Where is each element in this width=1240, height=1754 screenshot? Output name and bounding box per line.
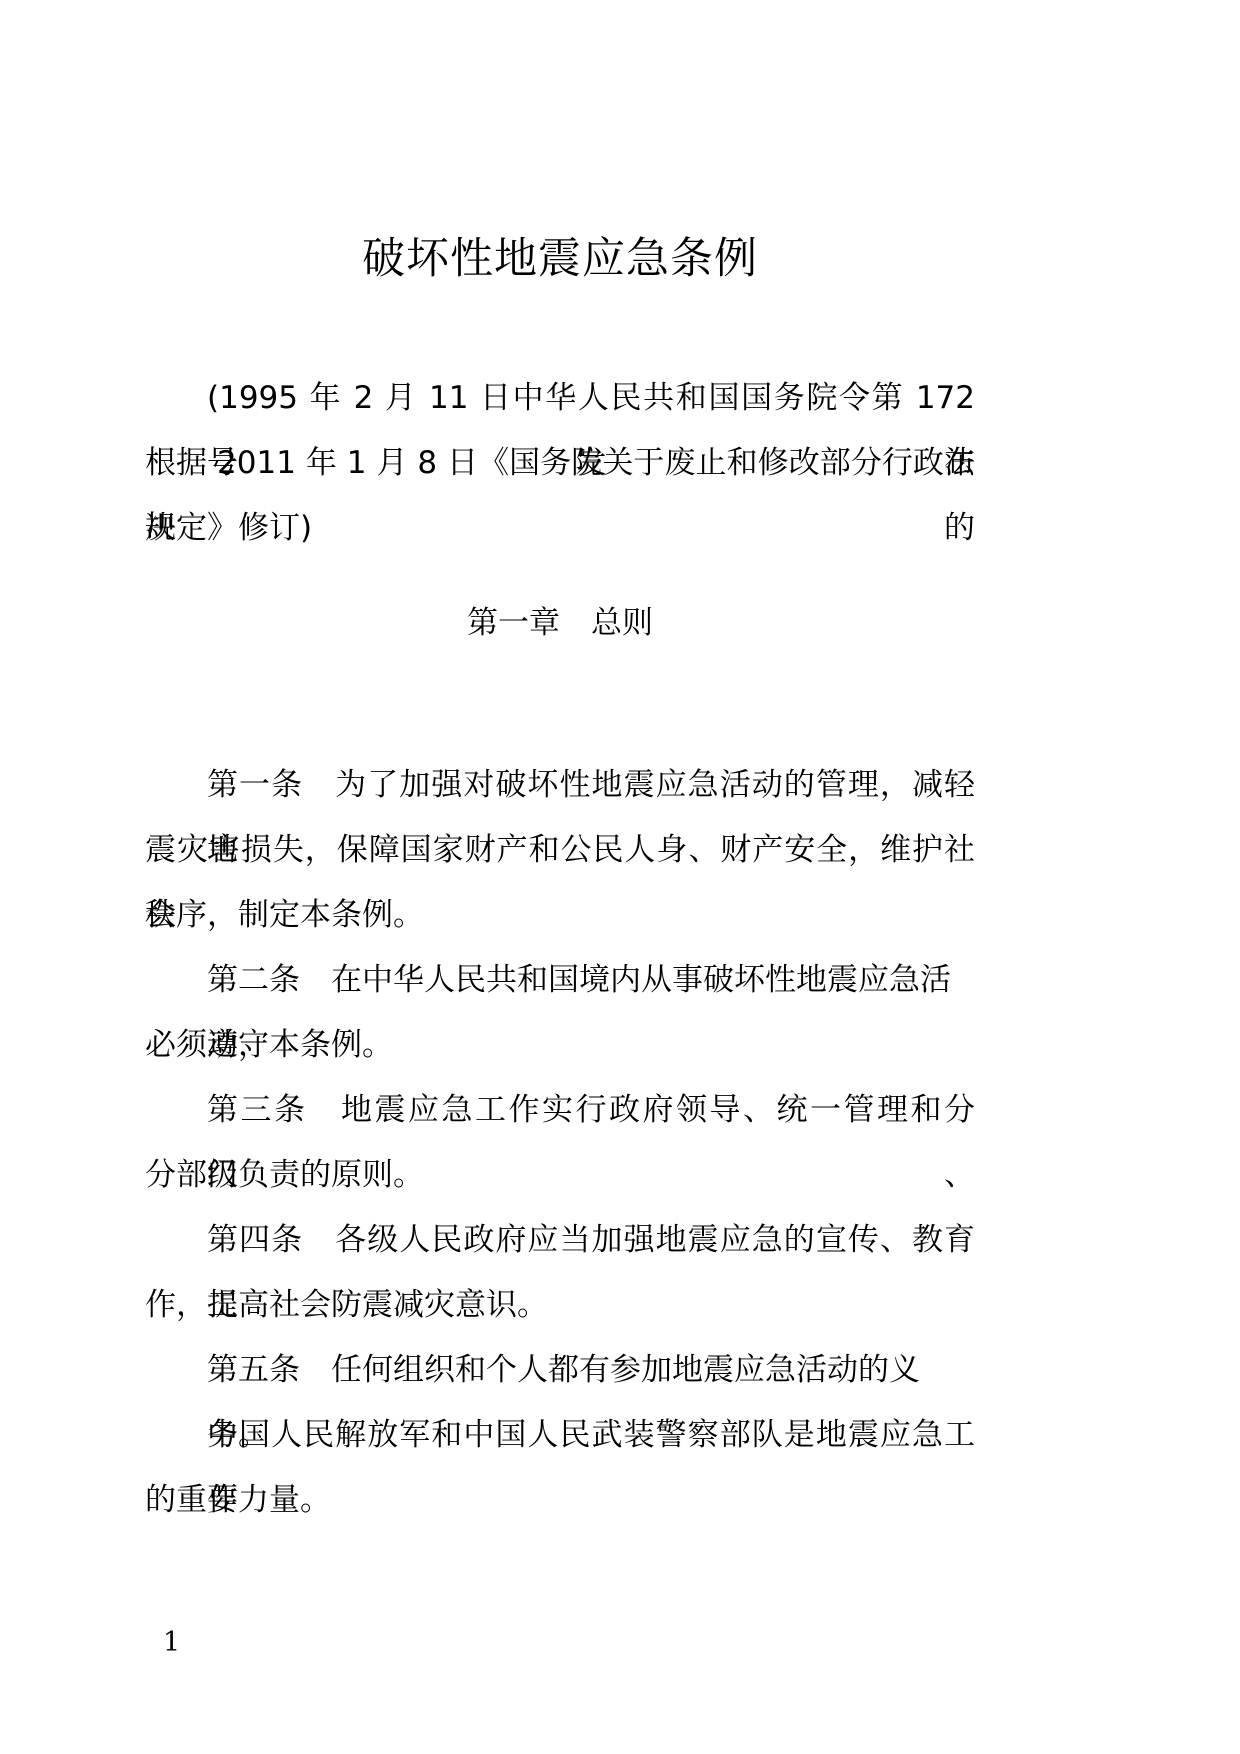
document-page: 破坏性地震应急条例 (1995 年 2 月 11 日中华人民共和国国务院令第 1… (0, 0, 1240, 1754)
body-line-2: 震灾害损失，保障国家财产和公民人身、财产安全，维护社会 (145, 818, 975, 883)
revision-note-line-1: (1995 年 2 月 11 日中华人民共和国国务院令第 172 号发布 (145, 366, 975, 431)
document-title: 破坏性地震应急条例 (145, 227, 975, 292)
document-content: 破坏性地震应急条例 (1995 年 2 月 11 日中华人民共和国国务院令第 1… (145, 0, 975, 1754)
revision-note-line-2: 根据 2011 年 1 月 8 日《国务院关于废止和修改部分行政法规的 (145, 431, 975, 496)
body-line-8: 第四条 各级人民政府应当加强地震应急的宣传、教育工 (145, 1208, 975, 1273)
body-line-3: 秩序，制定本条例。 (145, 883, 975, 948)
chapter-heading: 第一章 总则 (145, 591, 975, 656)
body-line-11: 中国人民解放军和中国人民武装警察部队是地震应急工作 (145, 1403, 975, 1468)
body-line-10: 第五条 任何组织和个人都有参加地震应急活动的义务。 (145, 1338, 975, 1403)
body-text: 第一条 为了加强对破坏性地震应急活动的管理，减轻地震灾害损失，保障国家财产和公民… (145, 753, 975, 1533)
body-line-5: 必须遵守本条例。 (145, 1013, 975, 1078)
body-line-9: 作，提高社会防震减灾意识。 (145, 1273, 975, 1338)
body-line-4: 第二条 在中华人民共和国境内从事破坏性地震应急活动， (145, 948, 975, 1013)
body-line-1: 第一条 为了加强对破坏性地震应急活动的管理，减轻地 (145, 753, 975, 818)
revision-note-paragraph: (1995 年 2 月 11 日中华人民共和国国务院令第 172 号发布根据 2… (145, 366, 975, 561)
page-number: 1 (163, 1628, 180, 1658)
body-line-6: 第三条 地震应急工作实行政府领导、统一管理和分级、 (145, 1078, 975, 1143)
body-line-12: 的重要力量。 (145, 1468, 975, 1533)
